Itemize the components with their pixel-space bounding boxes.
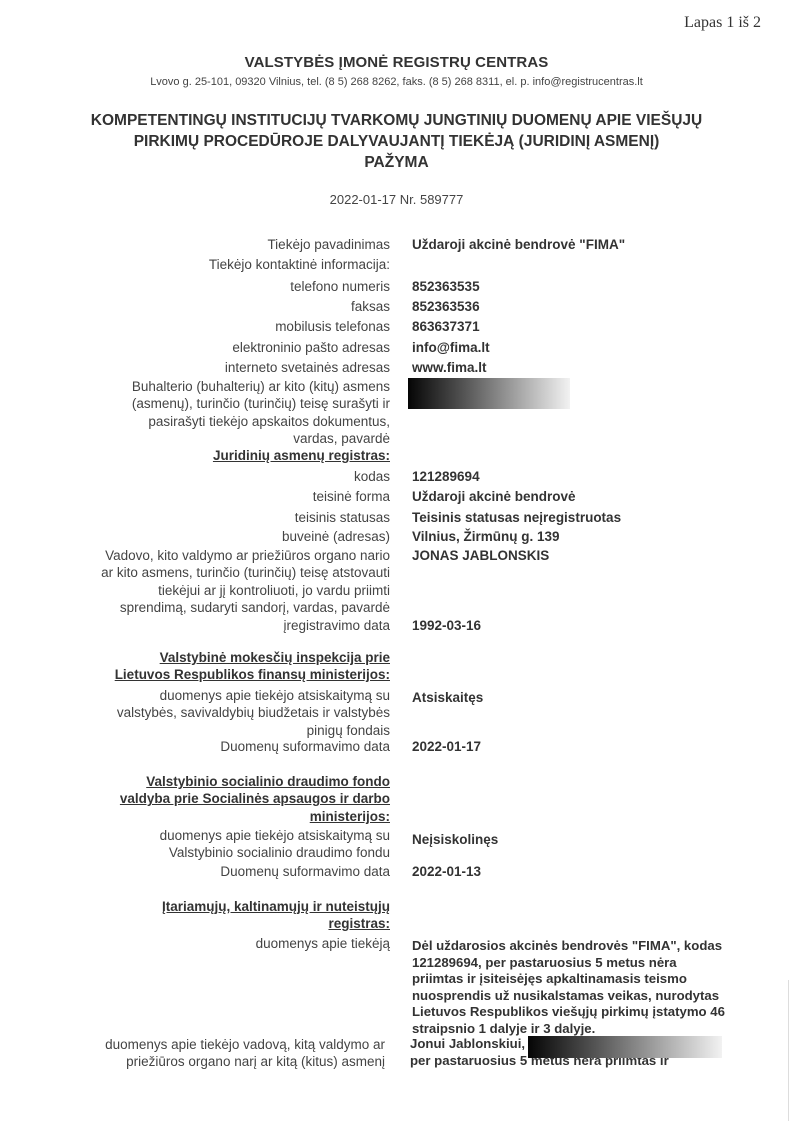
scan-edge-shadow xyxy=(788,980,789,1121)
manager-value: JONAS JABLONSKIS xyxy=(412,547,549,564)
code-value: 121289694 xyxy=(412,468,480,485)
criminal-supplier-value-line: 121289694, per pastaruosius 5 metus nėra xyxy=(412,955,732,972)
phone-label: telefono numeris xyxy=(290,278,390,295)
redaction-bar-manager xyxy=(528,1036,722,1058)
social-date-label: Duomenų suformavimo data xyxy=(220,863,390,880)
title-line-3: PAŽYMA xyxy=(0,152,793,173)
criminal-heading-line: registras: xyxy=(162,915,390,932)
criminal-supplier-value: Dėl uždarosios akcinės bendrovės "FIMA",… xyxy=(412,938,732,1037)
legal-form-label: teisinė forma xyxy=(313,488,390,505)
social-heading-line: Valstybinio socialinio draudimo fondo xyxy=(120,773,390,790)
criminal-supplier-value-line: Lietuvos Respublikos viešųjų pirkimų įst… xyxy=(412,1004,732,1021)
manager-label-line: tiekėjui ar jį kontroliuoti, jo vardu pr… xyxy=(10,582,390,599)
supplier-name-label: Tiekėjo pavadinimas xyxy=(267,236,390,253)
organization-address: Lvovo g. 25-101, 09320 Vilnius, tel. (8 … xyxy=(0,76,793,88)
legal-register-heading: Juridinių asmenų registras: xyxy=(213,447,390,464)
mobile-value: 863637371 xyxy=(412,318,480,335)
title-line-1: KOMPETENTINGŲ INSTITUCIJŲ TVARKOMŲ JUNGT… xyxy=(0,110,793,131)
social-settlement-value: Neįsiskolinęs xyxy=(412,831,498,848)
accountant-label: Buhalterio (buhalterių) ar kito (kitų) a… xyxy=(50,378,390,447)
email-value: info@fima.lt xyxy=(412,339,490,356)
tax-date-value: 2022-01-17 xyxy=(412,738,481,755)
social-settlement-label-line: Valstybinio socialinio draudimo fondu xyxy=(50,844,390,861)
email-label: elektroninio pašto adresas xyxy=(232,339,390,356)
tax-settlement-label-line: pinigų fondais xyxy=(50,722,390,739)
document-date-number: 2022-01-17 Nr. 589777 xyxy=(0,192,793,207)
criminal-register-heading: Įtariamųjų, kaltinamųjų ir nuteistųjų re… xyxy=(162,898,390,933)
title-line-2: PIRKIMŲ PROCEDŪROJE DALYVAUJANTĮ TIEKĖJĄ… xyxy=(0,131,793,152)
tax-settlement-label-line: duomenys apie tiekėjo atsiskaitymą su xyxy=(50,687,390,704)
social-heading-line: ministerijos: xyxy=(120,808,390,825)
legal-form-value: Uždaroji akcinė bendrovė xyxy=(412,488,576,505)
redaction-bar-accountant xyxy=(408,378,570,409)
fax-value: 852363536 xyxy=(412,298,480,315)
legal-status-value: Teisinis statusas neįregistruotas xyxy=(412,509,621,526)
tax-heading-line: Lietuvos Respublikos finansų ministerijo… xyxy=(115,666,390,683)
accountant-label-line: Buhalterio (buhalterių) ar kito (kitų) a… xyxy=(50,378,390,395)
accountant-label-line: pasirašyti tiekėjo apskaitos dokumentus, xyxy=(50,413,390,430)
criminal-manager-label-line: duomenys apie tiekėjo vadovą, kitą valdy… xyxy=(45,1036,385,1053)
fax-label: faksas xyxy=(351,298,390,315)
accountant-label-line: vardas, pavardė xyxy=(50,430,390,447)
criminal-supplier-value-line: priimtas ir įsiteisėjęs apkaltinamasis t… xyxy=(412,971,732,988)
page-counter: Lapas 1 iš 2 xyxy=(684,14,761,32)
website-label: interneto svetainės adresas xyxy=(225,359,390,376)
registration-date-label: įregistravimo data xyxy=(283,617,390,634)
social-insurance-heading: Valstybinio socialinio draudimo fondo va… xyxy=(120,773,390,825)
manager-label: Vadovo, kito valdymo ar priežiūros organ… xyxy=(10,547,390,616)
document-title: KOMPETENTINGŲ INSTITUCIJŲ TVARKOMŲ JUNGT… xyxy=(0,110,793,173)
manager-label-line: sprendimą, sudaryti sandorį, vardas, pav… xyxy=(10,599,390,616)
criminal-manager-label: duomenys apie tiekėjo vadovą, kitą valdy… xyxy=(45,1036,385,1071)
phone-value: 852363535 xyxy=(412,278,480,295)
supplier-name-value: Uždaroji akcinė bendrovė "FIMA" xyxy=(412,236,625,253)
criminal-supplier-label: duomenys apie tiekėją xyxy=(256,935,390,952)
website-value: www.fima.lt xyxy=(412,359,487,376)
criminal-heading-line: Įtariamųjų, kaltinamųjų ir nuteistųjų xyxy=(162,898,390,915)
criminal-supplier-value-line: straipsnio 1 dalyje ir 3 dalyje. xyxy=(412,1021,732,1038)
code-label: kodas xyxy=(354,468,390,485)
mobile-label: mobilusis telefonas xyxy=(275,318,390,335)
criminal-supplier-value-line: Dėl uždarosios akcinės bendrovės "FIMA",… xyxy=(412,938,732,955)
tax-date-label: Duomenų suformavimo data xyxy=(220,738,390,755)
manager-label-line: ar kito asmens, turinčio (turinčių) teis… xyxy=(10,564,390,581)
social-settlement-label: duomenys apie tiekėjo atsiskaitymą su Va… xyxy=(50,827,390,862)
tax-inspection-heading: Valstybinė mokesčių inspekcija prie Liet… xyxy=(115,649,390,684)
supplier-contact-label: Tiekėjo kontaktinė informacija: xyxy=(209,256,390,273)
tax-heading-line: Valstybinė mokesčių inspekcija prie xyxy=(115,649,390,666)
criminal-manager-label-line: priežiūros organo narį ar kitą (kitus) a… xyxy=(45,1053,385,1070)
address-label: buveinė (adresas) xyxy=(282,528,390,545)
manager-label-line: Vadovo, kito valdymo ar priežiūros organ… xyxy=(10,547,390,564)
address-value: Vilnius, Žirmūnų g. 139 xyxy=(412,528,560,545)
registration-date-value: 1992-03-16 xyxy=(412,617,481,634)
criminal-supplier-value-line: nuosprendis už nusikalstamas veikas, nur… xyxy=(412,988,732,1005)
accountant-label-line: (asmenų), turinčio (turinčių) teisę sura… xyxy=(50,395,390,412)
legal-status-label: teisinis statusas xyxy=(295,509,390,526)
social-heading-line: valdyba prie Socialinės apsaugos ir darb… xyxy=(120,790,390,807)
social-date-value: 2022-01-13 xyxy=(412,863,481,880)
tax-settlement-value: Atsiskaitęs xyxy=(412,689,483,706)
tax-settlement-label-line: valstybės, savivaldybių biudžetais ir va… xyxy=(50,704,390,721)
tax-settlement-label: duomenys apie tiekėjo atsiskaitymą su va… xyxy=(50,687,390,739)
organization-name: VALSTYBĖS ĮMONĖ REGISTRŲ CENTRAS xyxy=(0,54,793,71)
social-settlement-label-line: duomenys apie tiekėjo atsiskaitymą su xyxy=(50,827,390,844)
